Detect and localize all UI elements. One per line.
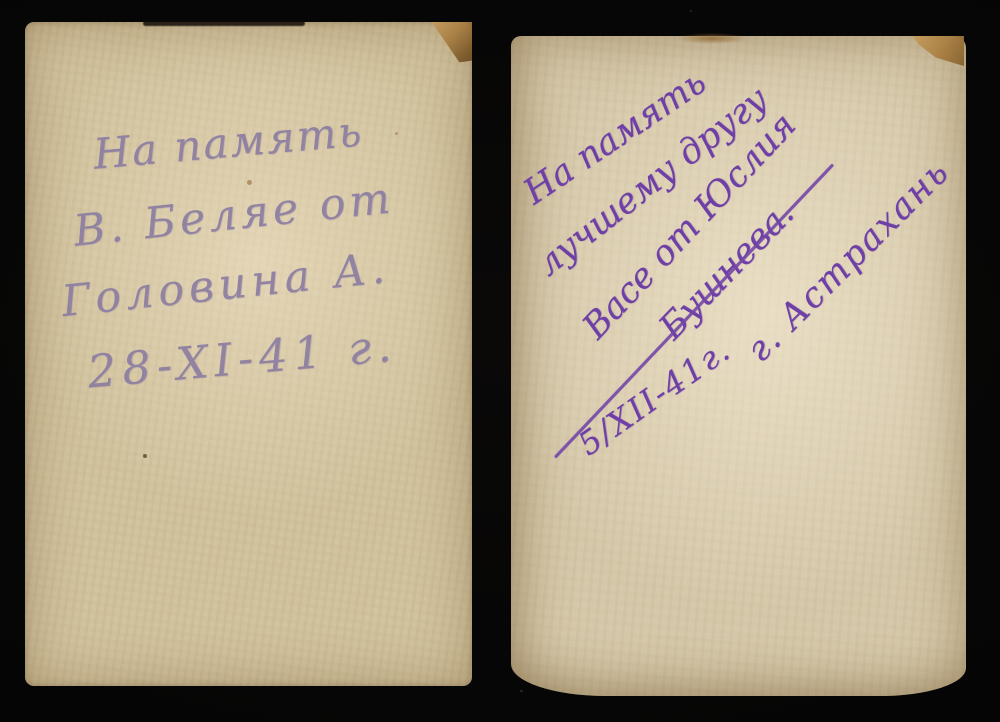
- inscription-line-3: Головина А.: [59, 243, 392, 327]
- photo-back-right: На память лучшему другу Васе от Юслия Бу…: [511, 36, 966, 696]
- photo-back-left: На память В. Беляе от Головина А. 28-XI-…: [25, 22, 472, 686]
- corner-tear-stain: [912, 36, 964, 66]
- scan-background: На память В. Беляе от Головина А. 28-XI-…: [0, 0, 1000, 722]
- corner-tear-stain: [430, 22, 472, 64]
- dust-speck: [690, 10, 692, 12]
- inscription-line-1: На память: [91, 106, 365, 178]
- paper-freckle: [395, 132, 398, 135]
- paper-freckle: [143, 454, 147, 458]
- inscription-date-line: 28-XI-41 г.: [85, 319, 399, 399]
- dust-speck: [520, 690, 523, 692]
- inscription-line-2: В. Беляе от: [71, 173, 396, 256]
- paper-freckle: [247, 180, 252, 185]
- top-edge-dark-stain: [143, 21, 305, 26]
